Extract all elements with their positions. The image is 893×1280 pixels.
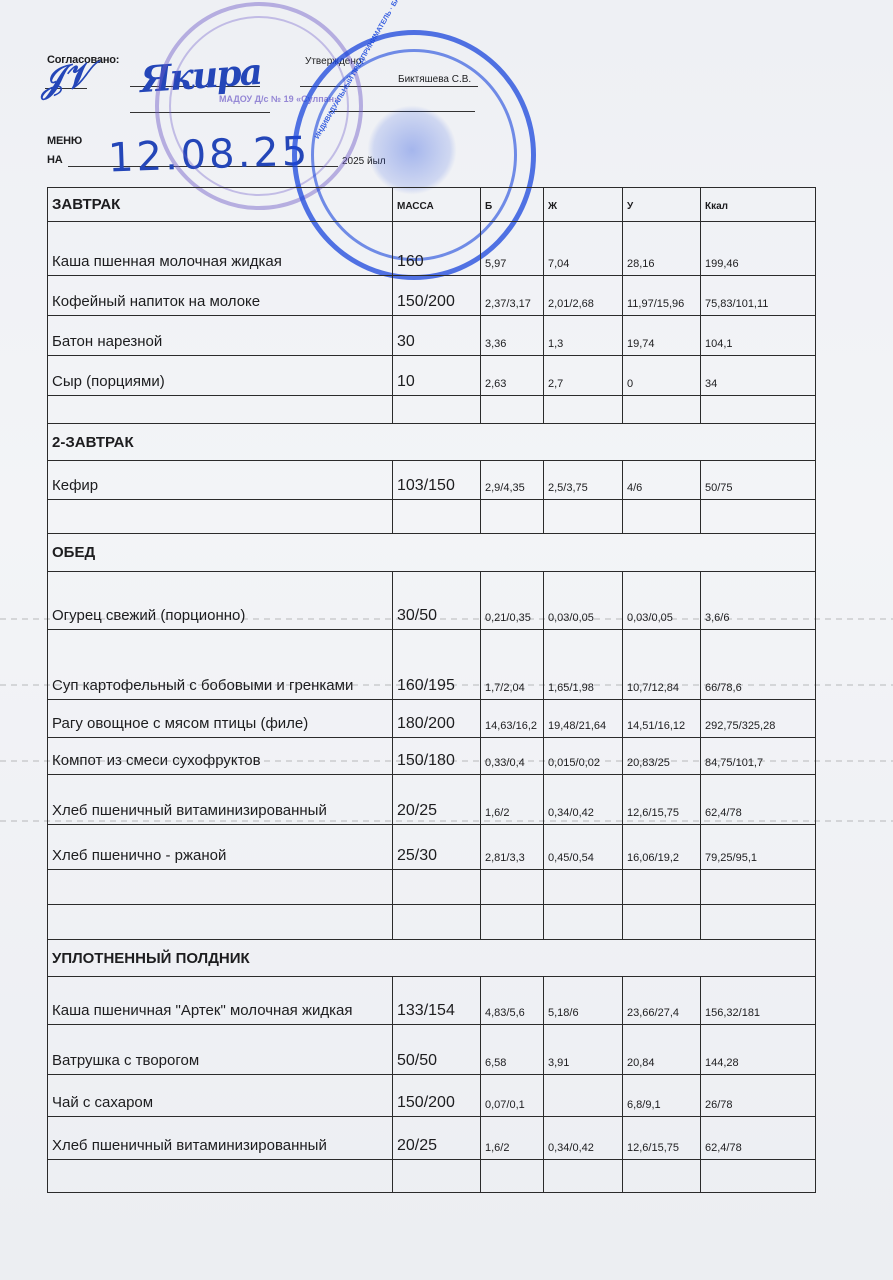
column-header-carbs: У [622,188,700,221]
cell-kcal: 156,32/181 [700,977,816,1024]
cell-mass: 133/154 [392,977,480,1024]
cell-protein: 2,81/3,3 [480,825,543,869]
agreed-signature: 𝒥𝒱 [37,55,94,102]
cell-carbs: 4/6 [622,461,700,499]
cell-kcal: 79,25/95,1 [700,825,816,869]
table-header-row: ЗАВТРАКМАССАБЖУКкал [47,187,816,222]
cell-carbs [622,905,700,939]
cell-mass: 150/200 [392,1075,480,1116]
cell-carbs [622,870,700,904]
column-header-fat: Ж [543,188,622,221]
cell-mass: 160/195 [392,630,480,699]
cell-fat: 2,5/3,75 [543,461,622,499]
cell-name: Кефир [47,461,392,499]
cell-carbs: 12,6/15,75 [622,775,700,824]
cell-name: Огурец свежий (порционно) [47,572,392,629]
cell-kcal: 104,1 [700,316,816,355]
cell-carbs [622,500,700,533]
table-row: Ватрушка с творогом50/506,583,9120,84144… [47,1025,816,1075]
column-header-mass: МАССА [392,188,480,221]
cell-name [47,905,392,939]
cell-fat: 0,34/0,42 [543,775,622,824]
cell-name: Хлеб пшенично - ржаной [47,825,392,869]
cell-kcal [700,870,816,904]
cell-fat: 0,03/0,05 [543,572,622,629]
cell-kcal [700,396,816,423]
cell-protein [480,1160,543,1192]
cell-mass: 50/50 [392,1025,480,1074]
cell-carbs: 11,97/15,96 [622,276,700,315]
table-row: Хлеб пшеничный витаминизированный20/251,… [47,1117,816,1160]
cell-kcal [700,500,816,533]
cell-kcal: 62,4/78 [700,1117,816,1159]
cell-protein: 14,63/16,2 [480,700,543,737]
cell-mass [392,396,480,423]
cell-mass [392,870,480,904]
cell-fat: 1,65/1,98 [543,630,622,699]
cell-carbs: 16,06/19,2 [622,825,700,869]
table-row [47,500,816,534]
table-row: Огурец свежий (порционно)30/500,21/0,350… [47,572,816,630]
column-header-protein: Б [480,188,543,221]
cell-mass [392,905,480,939]
cell-protein: 3,36 [480,316,543,355]
cell-fat: 7,04 [543,222,622,275]
cell-carbs: 19,74 [622,316,700,355]
cell-name: Компот из смеси сухофруктов [47,738,392,774]
table-row [47,905,816,940]
cell-protein: 2,9/4,35 [480,461,543,499]
menu-label: МЕНЮ [47,135,82,147]
cell-protein: 4,83/5,6 [480,977,543,1024]
cell-kcal [700,1160,816,1192]
table-row [47,396,816,424]
cell-kcal: 34 [700,356,816,395]
cell-mass: 25/30 [392,825,480,869]
table-row: Кофейный напиток на молоке150/2002,37/3,… [47,276,816,316]
cell-protein: 6,58 [480,1025,543,1074]
cell-kcal: 199,46 [700,222,816,275]
cell-fat: 2,01/2,68 [543,276,622,315]
cell-protein: 1,6/2 [480,1117,543,1159]
cell-name: Кофейный напиток на молоке [47,276,392,315]
cell-name: Каша пшенная молочная жидкая [47,222,392,275]
cell-protein [480,500,543,533]
cell-mass: 150/200 [392,276,480,315]
cell-protein: 0,33/0,4 [480,738,543,774]
cell-name: Рагу овощное с мясом птицы (филе) [47,700,392,737]
cell-fat [543,1160,622,1192]
cell-mass: 160 [392,222,480,275]
cell-protein: 1,7/2,04 [480,630,543,699]
cell-carbs: 20,83/25 [622,738,700,774]
cell-mass: 30 [392,316,480,355]
cell-fat: 5,18/6 [543,977,622,1024]
section-title: 2-ЗАВТРАК [47,424,816,461]
cell-name: Ватрушка с творогом [47,1025,392,1074]
cell-protein: 5,97 [480,222,543,275]
cell-protein [480,870,543,904]
cell-carbs [622,396,700,423]
cell-kcal: 144,28 [700,1025,816,1074]
cell-carbs: 12,6/15,75 [622,1117,700,1159]
cell-mass: 30/50 [392,572,480,629]
table-row: Кефир103/1502,9/4,352,5/3,754/650/75 [47,461,816,500]
cell-kcal: 26/78 [700,1075,816,1116]
cell-carbs: 23,66/27,4 [622,977,700,1024]
cell-name: Каша пшеничная "Артек" молочная жидкая [47,977,392,1024]
meal-title: ЗАВТРАК [47,188,392,221]
cell-mass: 20/25 [392,775,480,824]
cell-carbs: 28,16 [622,222,700,275]
section-title: ОБЕД [47,534,816,572]
cell-carbs: 0,03/0,05 [622,572,700,629]
cell-fat: 0,34/0,42 [543,1117,622,1159]
cell-protein [480,396,543,423]
table-row: Рагу овощное с мясом птицы (филе)180/200… [47,700,816,738]
cell-carbs: 14,51/16,12 [622,700,700,737]
cell-name: Хлеб пшеничный витаминизированный [47,1117,392,1159]
cell-fat [543,905,622,939]
table-row: Батон нарезной303,361,319,74104,1 [47,316,816,356]
cell-name: Сыр (порциями) [47,356,392,395]
emblem-icon [367,105,457,195]
table-row: Компот из смеси сухофруктов150/1800,33/0… [47,738,816,775]
cell-name: Хлеб пшеничный витаминизированный [47,775,392,824]
cell-kcal: 292,75/325,28 [700,700,816,737]
table-row: Каша пшеничная "Артек" молочная жидкая13… [47,977,816,1025]
cell-name [47,500,392,533]
cell-mass [392,500,480,533]
cell-kcal: 62,4/78 [700,775,816,824]
table-row: Хлеб пшенично - ржаной25/302,81/3,30,45/… [47,825,816,870]
cell-fat [543,870,622,904]
cell-name: Батон нарезной [47,316,392,355]
cell-fat: 0,015/0,02 [543,738,622,774]
cell-protein: 0,21/0,35 [480,572,543,629]
cell-fat: 2,7 [543,356,622,395]
cell-mass [392,1160,480,1192]
cell-mass: 180/200 [392,700,480,737]
column-header-kcal: Ккал [700,188,816,221]
cell-name [47,870,392,904]
section-title: УПЛОТНЕННЫЙ ПОЛДНИК [47,940,816,977]
cell-kcal: 75,83/101,11 [700,276,816,315]
cell-kcal: 66/78,6 [700,630,816,699]
cell-kcal: 3,6/6 [700,572,816,629]
cell-protein: 1,6/2 [480,775,543,824]
cell-protein: 2,37/3,17 [480,276,543,315]
cell-protein [480,905,543,939]
cell-fat: 3,91 [543,1025,622,1074]
cell-name [47,1160,392,1192]
cell-carbs [622,1160,700,1192]
cell-name: Чай с сахаром [47,1075,392,1116]
cell-fat [543,1075,622,1116]
table-row [47,1160,816,1193]
cell-fat: 19,48/21,64 [543,700,622,737]
cell-mass: 150/180 [392,738,480,774]
cell-name [47,396,392,423]
cell-kcal: 84,75/101,7 [700,738,816,774]
table-row: Сыр (порциями)102,632,7034 [47,356,816,396]
cell-mass: 10 [392,356,480,395]
cell-fat: 1,3 [543,316,622,355]
table-row: Хлеб пшеничный витаминизированный20/251,… [47,775,816,825]
entrepreneur-stamp-text: ИНДИВИДУАЛЬНЫЙ ПРЕДПРИНИМАТЕЛЬ · БАШКОРТ… [314,0,426,140]
cell-fat: 0,45/0,54 [543,825,622,869]
cell-fat [543,396,622,423]
table-row: Чай с сахаром150/2000,07/0,16,8/9,126/78 [47,1075,816,1117]
cell-carbs: 6,8/9,1 [622,1075,700,1116]
cell-name: Суп картофельный с бобовыми и гренками [47,630,392,699]
cell-mass: 103/150 [392,461,480,499]
table-row [47,870,816,905]
cell-carbs: 10,7/12,84 [622,630,700,699]
cell-protein: 0,07/0,1 [480,1075,543,1116]
cell-kcal [700,905,816,939]
cell-protein: 2,63 [480,356,543,395]
table-row: Суп картофельный с бобовыми и гренками16… [47,630,816,700]
on-label: НА [47,154,63,166]
cell-carbs: 0 [622,356,700,395]
cell-fat [543,500,622,533]
table-row: Каша пшенная молочная жидкая1605,977,042… [47,222,816,276]
cell-carbs: 20,84 [622,1025,700,1074]
cell-kcal: 50/75 [700,461,816,499]
cell-mass: 20/25 [392,1117,480,1159]
